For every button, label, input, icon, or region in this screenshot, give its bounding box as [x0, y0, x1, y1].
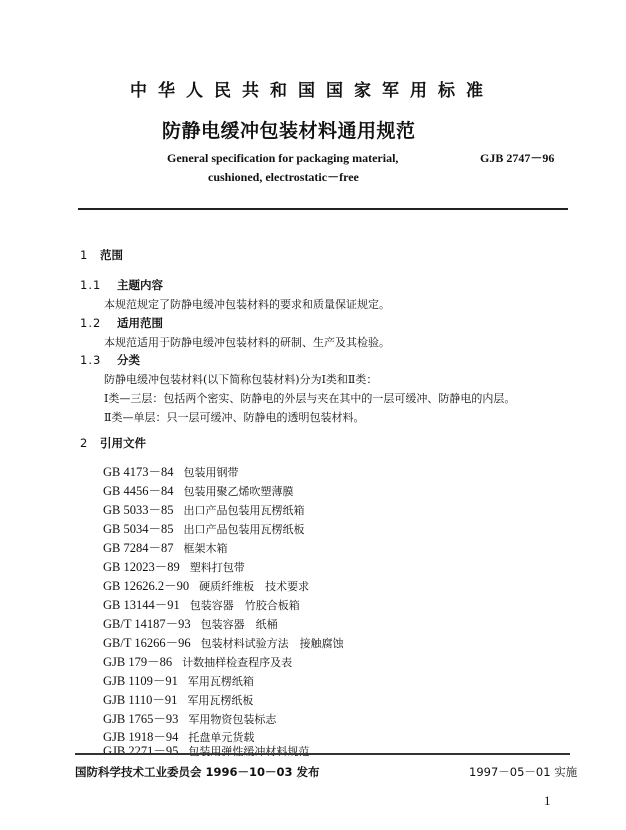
reference-item: GB 4456－84包装用聚乙烯吹塑薄膜 [103, 481, 294, 499]
reference-code: GJB 1109－91 [103, 674, 178, 688]
section-1-2-text: 本规范适用于防静电缓冲包装材料的研制、生产及其检验。 [104, 334, 390, 350]
reference-item: GB 7284－87框架木箱 [103, 538, 228, 556]
reference-code: GB/T 14187－93 [103, 617, 191, 631]
reference-title: 包装容器 竹胶合板箱 [190, 599, 300, 612]
page-number: 1 [544, 793, 551, 809]
document-title-en: General specification for packaging mate… [167, 149, 398, 187]
reference-code: GB/T 16266－96 [103, 636, 191, 650]
reference-item: GJB 2271－95包装用弹性缓冲材料规范 [103, 741, 309, 759]
header-divider [78, 208, 568, 210]
standard-code: GJB 2747－96 [480, 149, 554, 166]
reference-title: 包装用钢带 [184, 466, 239, 479]
reference-code: GB 4173－84 [103, 465, 174, 479]
issued-by: 国防科学技术工业委员会 1996－10－03 发布 [75, 764, 320, 780]
reference-item: GB 12626.2－90硬质纤维板 技术要求 [103, 576, 309, 594]
section-1-1-text: 本规范规定了防静电缓冲包装材料的要求和质量保证规定。 [104, 296, 390, 312]
section-1-3-line-3: Ⅱ类—单层：只一层可缓冲、防静电的透明包装材料。 [104, 409, 364, 425]
reference-code: GB 7284－87 [103, 541, 174, 555]
reference-code: GJB 1765－93 [103, 712, 178, 726]
reference-item: GB 5034－85出口产品包装用瓦楞纸板 [103, 519, 305, 537]
reference-item: GB/T 16266－96包装材料试验方法 接触腐蚀 [103, 633, 344, 651]
reference-item: GJB 1765－93军用物资包装标志 [103, 709, 276, 727]
reference-item: GB 5033－85出口产品包装用瓦楞纸箱 [103, 500, 305, 518]
reference-code: GB 5034－85 [103, 522, 174, 536]
title-en-line1: General specification for packaging mate… [167, 149, 398, 168]
national-standard-header: 中华人民共和国国家军用标准 [130, 76, 494, 101]
section-1-heading: 1范围 [80, 247, 123, 263]
reference-title: 塑料打包带 [190, 561, 245, 574]
section-1-2-heading: 1.2适用范围 [80, 315, 163, 331]
document-title-cn: 防静电缓冲包装材料通用规范 [162, 116, 416, 143]
reference-title: 包装用聚乙烯吹塑薄膜 [184, 485, 294, 498]
section-1-3-line-2: Ⅰ类—三层：包括两个密实、防静电的外层与夹在其中的一层可缓冲、防静电的内层。 [104, 390, 515, 406]
reference-code: GB 12023－89 [103, 560, 180, 574]
reference-item: GB 13144－91包装容器 竹胶合板箱 [103, 595, 300, 613]
footer-divider [75, 753, 570, 755]
reference-code: GJB 2271－95 [103, 744, 178, 758]
section-title: 范围 [100, 248, 123, 262]
section-number: 1.1 [80, 278, 117, 292]
effective-date: 1997－05－01 实施 [469, 764, 577, 780]
reference-item: GB 12023－89塑料打包带 [103, 557, 245, 575]
reference-code: GB 5033－85 [103, 503, 174, 517]
section-number: 1.2 [80, 316, 117, 330]
reference-title: 出口产品包装用瓦楞纸板 [184, 523, 305, 536]
reference-title: 硬质纤维板 技术要求 [199, 580, 309, 593]
section-title: 引用文件 [100, 436, 146, 450]
section-number: 2 [80, 436, 100, 450]
section-number: 1 [80, 248, 100, 262]
reference-title: 计数抽样检查程序及表 [182, 656, 292, 669]
section-number: 1.3 [80, 353, 117, 367]
reference-code: GJB 179－86 [103, 655, 172, 669]
reference-title: 包装容器 纸桶 [201, 618, 278, 631]
reference-code: GJB 1110－91 [103, 693, 177, 707]
reference-title: 框架木箱 [184, 542, 228, 555]
section-title: 适用范围 [117, 316, 163, 330]
section-2-heading: 2引用文件 [80, 435, 146, 451]
reference-item: GJB 1109－91军用瓦楞纸箱 [103, 671, 254, 689]
reference-item: GB 4173－84包装用钢带 [103, 462, 239, 480]
reference-code: GB 12626.2－90 [103, 579, 189, 593]
reference-item: GB/T 14187－93包装容器 纸桶 [103, 614, 278, 632]
reference-title: 出口产品包装用瓦楞纸箱 [184, 504, 305, 517]
reference-title: 包装用弹性缓冲材料规范 [188, 745, 309, 758]
reference-title: 军用瓦楞纸箱 [188, 675, 254, 688]
section-title: 主题内容 [117, 278, 163, 292]
section-1-3-heading: 1.3分类 [80, 352, 140, 368]
title-en-line2: cushioned, electrostatic－free [167, 168, 398, 187]
reference-code: GB 4456－84 [103, 484, 174, 498]
reference-item: GJB 179－86计数抽样检查程序及表 [103, 652, 292, 670]
section-title: 分类 [117, 353, 140, 367]
reference-title: 军用瓦楞纸板 [187, 694, 253, 707]
reference-title: 包装材料试验方法 接触腐蚀 [201, 637, 344, 650]
reference-title: 军用物资包装标志 [188, 713, 276, 726]
section-1-3-line-1: 防静电缓冲包装材料(以下简称包装材料)分为Ⅰ类和Ⅱ类： [104, 371, 377, 387]
section-1-1-heading: 1.1主题内容 [80, 277, 163, 293]
reference-item: GJB 1110－91军用瓦楞纸板 [103, 690, 253, 708]
reference-code: GB 13144－91 [103, 598, 180, 612]
